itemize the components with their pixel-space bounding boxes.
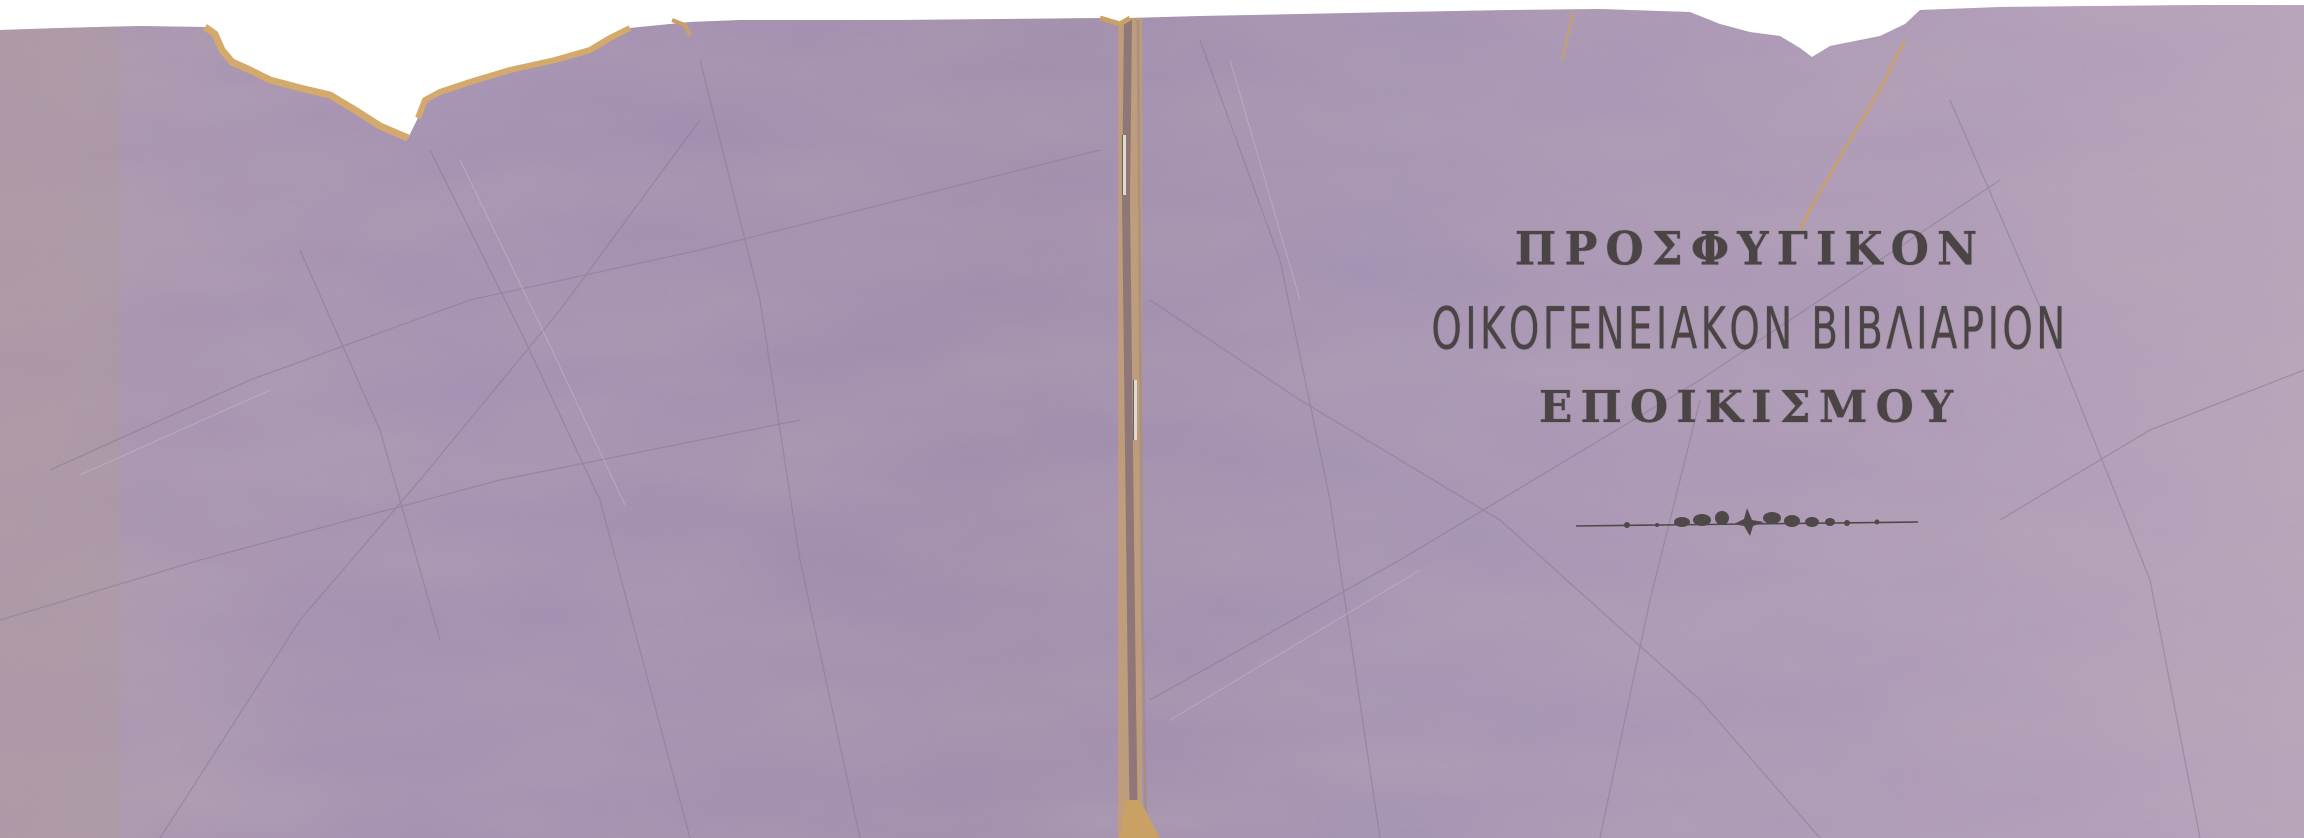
title-line-settlement: ΕΠΟΙΚΙΣΜΟΥ — [1340, 386, 2160, 430]
title-line-refugee: ΠΡΟΣΦΥΓΙΚΟΝ — [1340, 227, 2160, 273]
staple-top — [1123, 135, 1126, 195]
floral-divider-ornament-icon — [1572, 500, 1922, 540]
booklet-title: ΠΡΟΣΦΥΓΙΚΟΝ ΟΙΚΟΓΕΝΕΙΑΚΟΝ ΒΙΒΛΙΑΡΙΟΝ ΕΠΟ… — [1340, 228, 2160, 430]
title-line-family-booklet: ΟΙΚΟΓΕΝΕΙΑΚΟΝ ΒΙΒΛΙΑΡΙΟΝ — [1397, 300, 2102, 358]
staple-bottom — [1134, 380, 1137, 440]
